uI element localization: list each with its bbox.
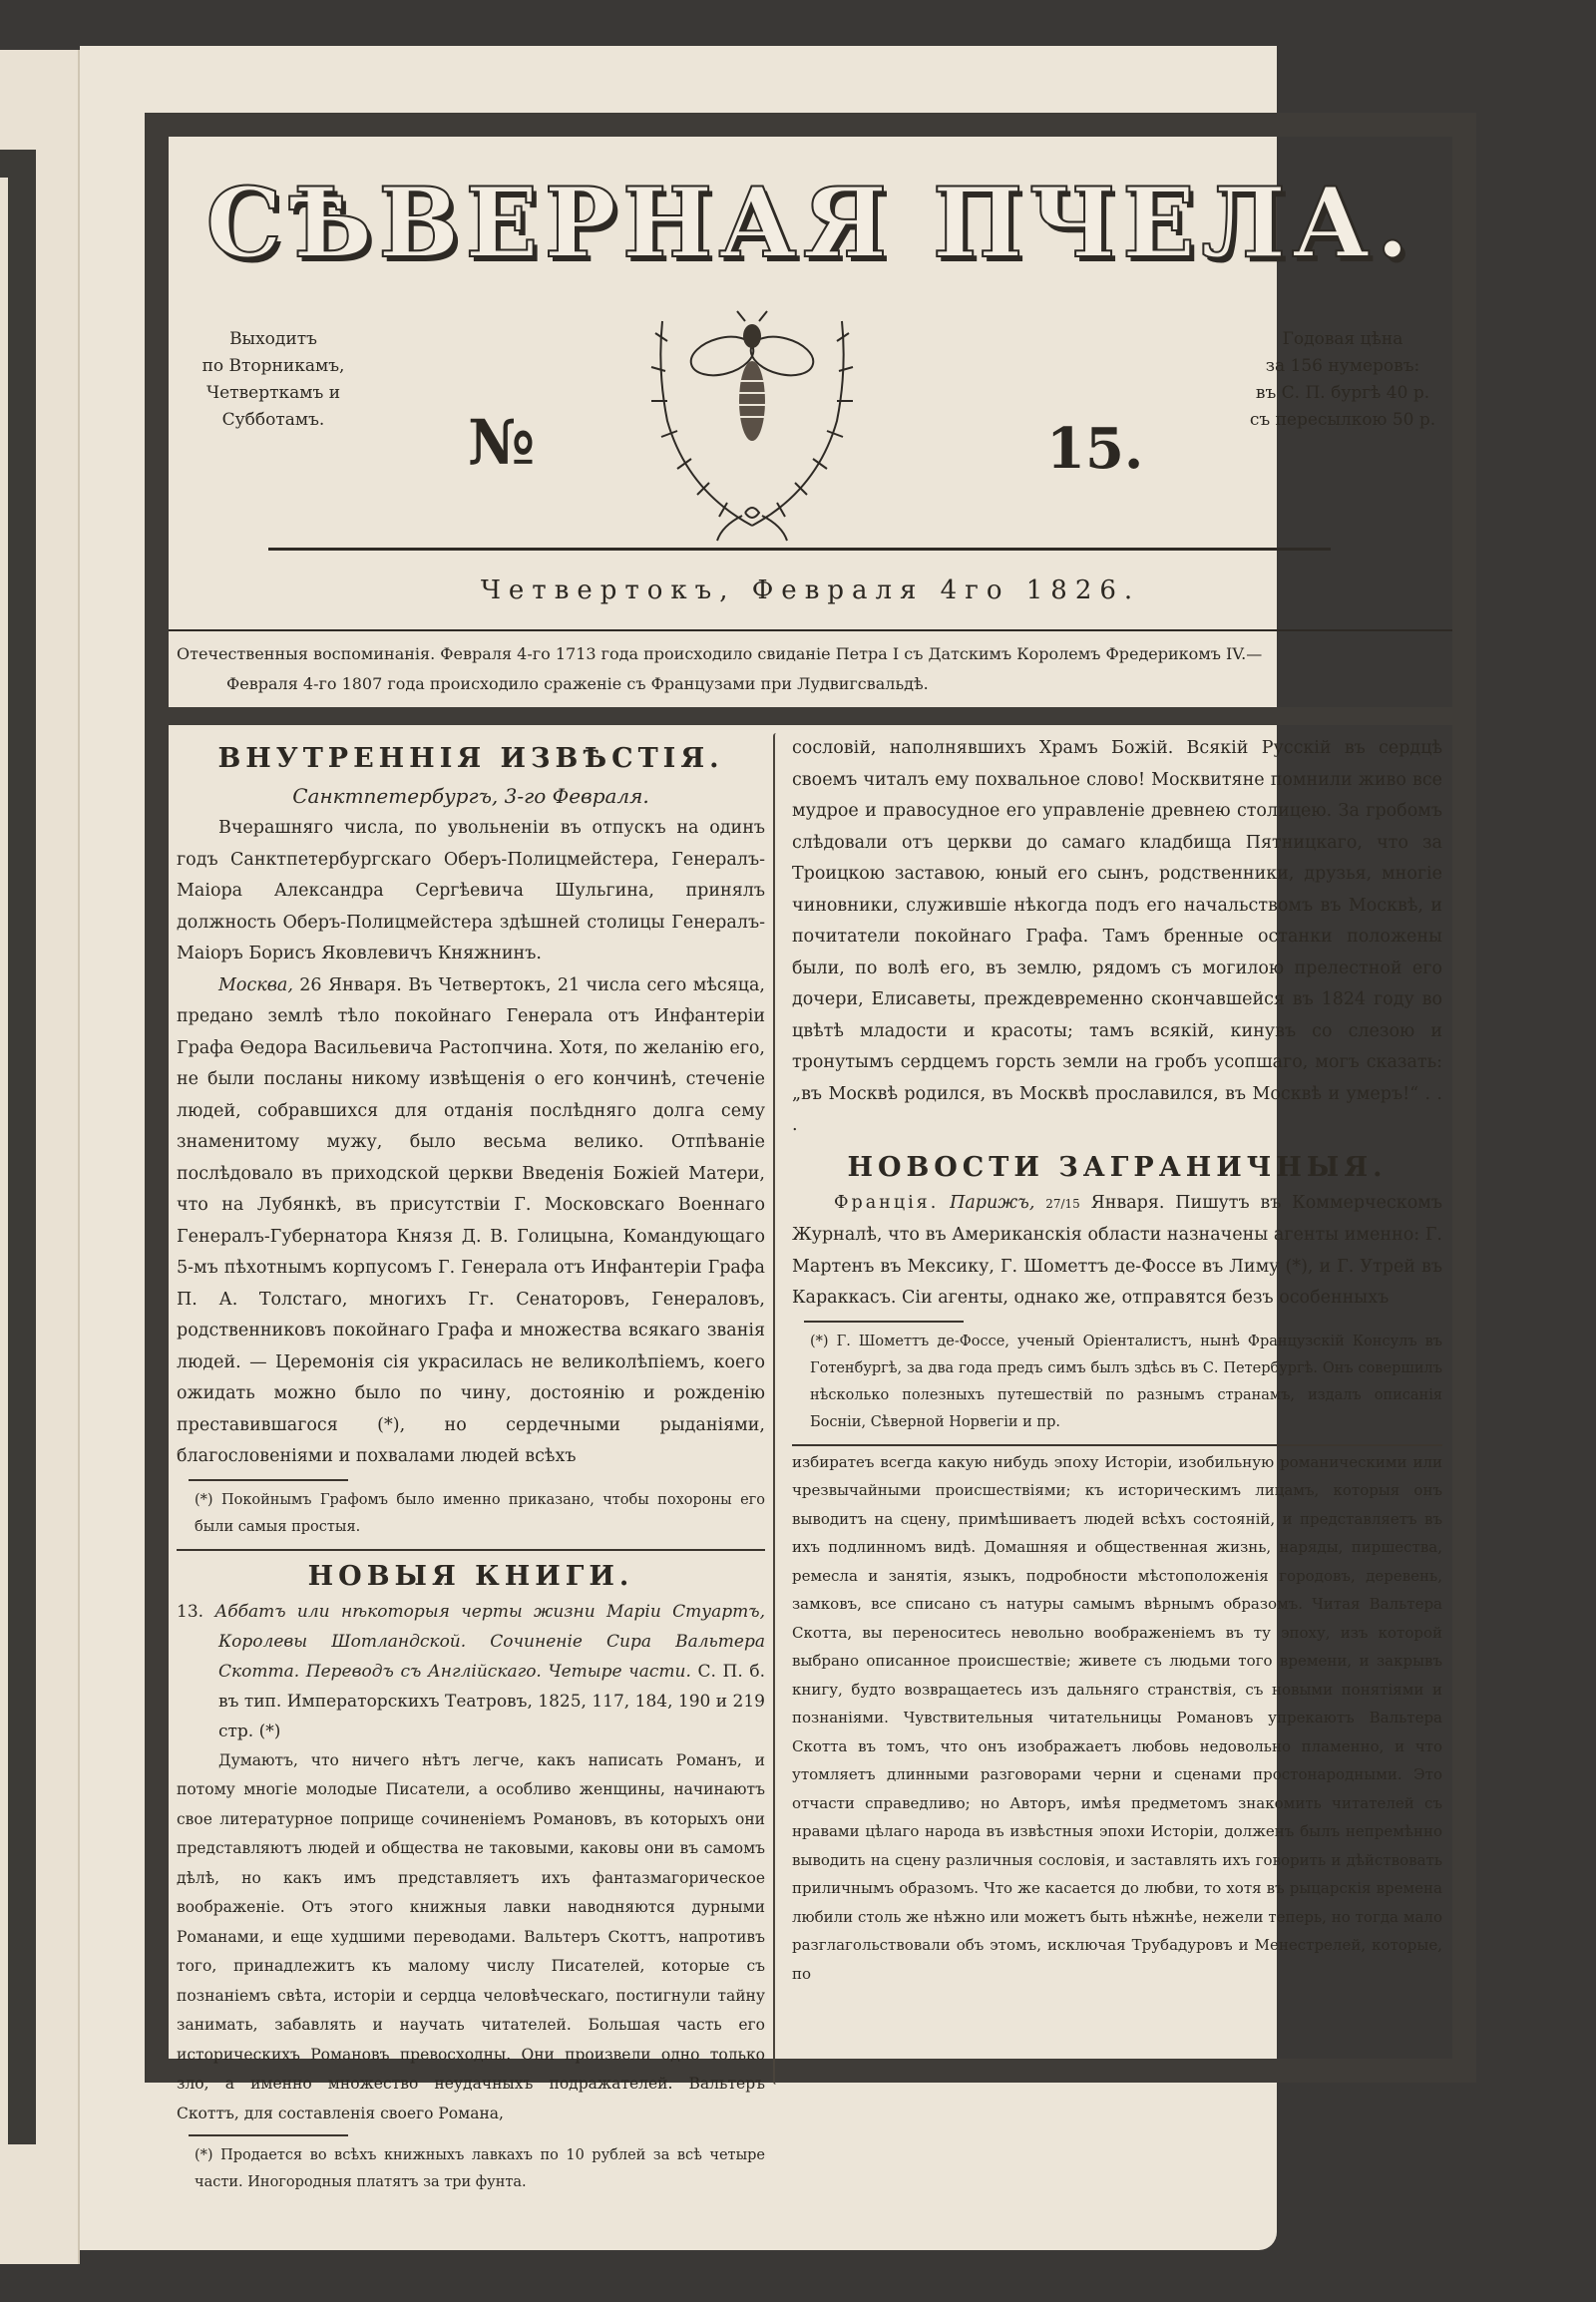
adjacent-page-border bbox=[0, 150, 36, 2144]
article-paragraph: Франція. Парижъ, 27/15 Января. Пишутъ въ… bbox=[792, 1188, 1442, 1315]
subscription-price: Годовая цѣна за 156 нумеровъ: въ С. П. б… bbox=[1243, 326, 1442, 434]
price-line: съ пересылкою 50 р. bbox=[1243, 407, 1442, 434]
section-heading-domestic: ВНУТРЕННІЯ ИЗВѢСТІЯ. bbox=[177, 739, 765, 779]
dateline-st-petersburg: Санктпетербургъ, 3-го Февраля. bbox=[177, 779, 765, 813]
section-heading-books: НОВЫЯ КНИГИ. bbox=[177, 1557, 765, 1597]
publication-schedule: Выходитъ по Вторникамъ, Четверткамъ и Су… bbox=[179, 326, 368, 434]
book-entry-number: 13. bbox=[177, 1602, 203, 1622]
price-line: Годовая цѣна bbox=[1243, 326, 1442, 353]
column-divider bbox=[773, 733, 779, 2085]
review-paragraph: Думаютъ, что ничего нѣтъ легче, какъ нап… bbox=[177, 1746, 765, 2129]
footnote: (*) Продается во всѣхъ книжныхъ лавкахъ … bbox=[177, 2142, 765, 2196]
schedule-line: Субботамъ. bbox=[179, 407, 368, 434]
date-fraction: 27/15 bbox=[1045, 1197, 1080, 1211]
book-entry: 13. Аббатъ или нѣкоторыя черты жизни Мар… bbox=[177, 1597, 765, 1746]
article-continuation: сословій, наполнявшихъ Храмъ Божій. Всяк… bbox=[792, 733, 1442, 1142]
issue-number: 15. bbox=[1046, 416, 1143, 482]
national-memories: Отечественныя воспоминанія. Февраля 4-го… bbox=[177, 639, 1444, 699]
article-paragraph: Вчерашняго числа, по увольненіи въ отпус… bbox=[177, 813, 765, 970]
review-continuation: избиратеъ всегда какую нибудь эпоху Исто… bbox=[792, 1448, 1442, 1989]
dateline-moscow: Москва, bbox=[218, 975, 293, 995]
issue-date: Четвертокъ, Февраля 4го 1826. bbox=[169, 575, 1452, 605]
section-rule bbox=[792, 1444, 1442, 1446]
masthead-title: СѢВЕРНАЯ ПЧЕЛА. bbox=[169, 167, 1452, 279]
footnote-rule bbox=[804, 1321, 964, 1323]
schedule-line: Четверткамъ и bbox=[179, 380, 368, 407]
price-line: въ С. П. бургѣ 40 р. bbox=[1243, 380, 1442, 407]
section-band bbox=[145, 707, 1476, 725]
date-rule bbox=[169, 629, 1452, 631]
page-border-frame: СѢВЕРНАЯ ПЧЕЛА. Выходитъ по Вторникамъ, … bbox=[145, 113, 1476, 2083]
left-column: ВНУТРЕННІЯ ИЗВѢСТІЯ. Санктпетербургъ, 3-… bbox=[177, 733, 765, 2196]
memories-line-2: Февраля 4-го 1807 года происходило сраже… bbox=[177, 669, 1444, 699]
dateline-paris: Парижъ, bbox=[950, 1193, 1034, 1213]
masthead-rule bbox=[268, 548, 1331, 551]
footnote: (*) Г. Шометтъ де-Фоссе, ученый Оріентал… bbox=[792, 1329, 1442, 1436]
schedule-line: Выходитъ bbox=[179, 326, 368, 353]
article-text: 26 Января. Въ Четвертокъ, 21 числа сего … bbox=[177, 975, 765, 1467]
footnote-rule bbox=[189, 2134, 348, 2136]
section-heading-foreign: НОВОСТИ ЗАГРАНИЧНЫЯ. bbox=[792, 1148, 1442, 1188]
footnote: (*) Покойнымъ Графомъ было именно приказ… bbox=[177, 1487, 765, 1541]
section-rule bbox=[177, 1549, 765, 1551]
adjacent-page-edge bbox=[0, 50, 80, 2264]
country-label: Франція. bbox=[834, 1193, 939, 1213]
schedule-line: по Вторникамъ, bbox=[179, 353, 368, 380]
bee-wreath-icon bbox=[627, 301, 877, 551]
issue-number-sign: № bbox=[468, 406, 535, 479]
footnote-rule bbox=[189, 1479, 348, 1481]
book-title: Аббатъ или нѣкоторыя черты жизни Маріи С… bbox=[214, 1602, 765, 1682]
right-column: сословій, наполнявшихъ Храмъ Божій. Всяк… bbox=[792, 733, 1442, 1988]
article-paragraph: Москва, 26 Января. Въ Четвертокъ, 21 чис… bbox=[177, 970, 765, 1473]
memories-line-1: Отечественныя воспоминанія. Февраля 4-го… bbox=[177, 639, 1444, 669]
price-line: за 156 нумеровъ: bbox=[1243, 353, 1442, 380]
